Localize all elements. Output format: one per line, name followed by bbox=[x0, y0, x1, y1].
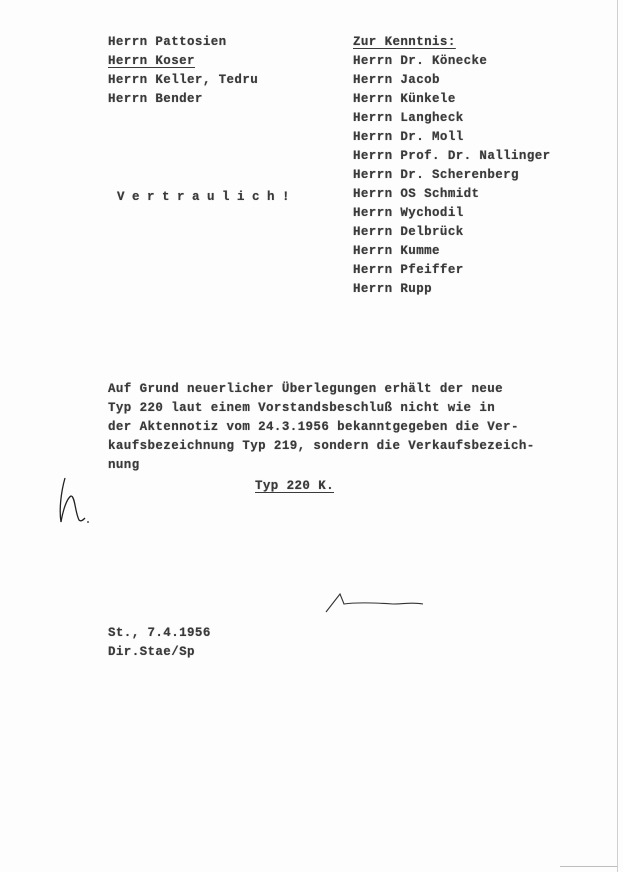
type-designation: Typ 220 K. bbox=[255, 477, 334, 496]
signature-mark bbox=[318, 590, 428, 620]
cc-item: Herrn Dr. Scherenberg bbox=[353, 166, 519, 185]
handwritten-initial-mark bbox=[55, 470, 95, 530]
body-line: kaufsbezeichnung Typ 219, sondern die Ve… bbox=[108, 437, 535, 456]
body-line: Auf Grund neuerlicher Überlegungen erhäl… bbox=[108, 380, 503, 399]
cc-item: Herrn Prof. Dr. Nallinger bbox=[353, 147, 551, 166]
reference-code: Dir.Stae/Sp bbox=[108, 643, 195, 662]
body-line: nung bbox=[108, 456, 140, 475]
cc-item: Herrn Rupp bbox=[353, 280, 432, 299]
page-edge bbox=[617, 0, 618, 872]
body-line: Typ 220 laut einem Vorstandsbeschluß nic… bbox=[108, 399, 495, 418]
body-line: der Aktennotiz vom 24.3.1956 bekanntgege… bbox=[108, 418, 519, 437]
recipient: Herrn Koser bbox=[108, 52, 195, 71]
recipient: Herrn Pattosien bbox=[108, 33, 227, 52]
cc-item: Herrn Wychodil bbox=[353, 204, 464, 223]
cc-item: Herrn Pfeiffer bbox=[353, 261, 464, 280]
confidential-label: Vertraulich! bbox=[117, 188, 297, 207]
cc-heading: Zur Kenntnis: bbox=[353, 33, 456, 52]
cc-item: Herrn Künkele bbox=[353, 90, 456, 109]
recipient: Herrn Bender bbox=[108, 90, 203, 109]
cc-item: Herrn Kumme bbox=[353, 242, 440, 261]
cc-item: Herrn Dr. Könecke bbox=[353, 52, 487, 71]
page-edge bbox=[560, 866, 617, 867]
cc-item: Herrn Delbrück bbox=[353, 223, 464, 242]
recipient: Herrn Keller, Tedru bbox=[108, 71, 258, 90]
cc-item: Herrn OS Schmidt bbox=[353, 185, 479, 204]
cc-item: Herrn Dr. Moll bbox=[353, 128, 464, 147]
document-page: Herrn Pattosien Herrn Koser Herrn Keller… bbox=[0, 0, 623, 872]
cc-item: Herrn Langheck bbox=[353, 109, 464, 128]
cc-item: Herrn Jacob bbox=[353, 71, 440, 90]
place-date: St., 7.4.1956 bbox=[108, 624, 211, 643]
